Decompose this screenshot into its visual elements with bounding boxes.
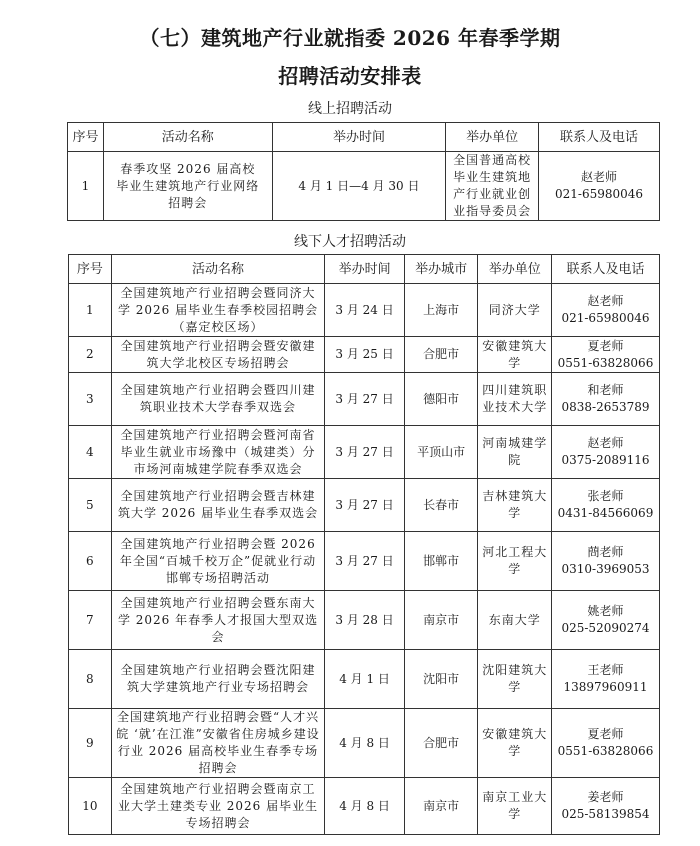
cell-contact: 赵老师0375-2089116 xyxy=(551,426,659,479)
offline-section-title: 线下人才招聘活动 xyxy=(0,231,700,251)
cell-organizer: 东南大学 xyxy=(478,591,552,650)
table-row: 1 全国建筑地产行业招聘会暨同济大学 2026 届毕业生春季校园招聘会（嘉定校区… xyxy=(69,284,660,337)
cell-organizer: 河南城建学院 xyxy=(478,426,552,479)
table-row: 9 全国建筑地产行业招聘会暨“人才兴皖 ‘就’在江淮”安徽省住房城乡建设行业 2… xyxy=(69,709,660,778)
cell-name: 全国建筑地产行业招聘会暨东南大学 2026 年春季人才报国大型双选会 xyxy=(111,591,325,650)
contact-person: 赵老师 xyxy=(555,293,656,310)
cell-time: 3 月 24 日 xyxy=(325,284,405,337)
cell-no: 10 xyxy=(69,778,112,835)
cell-time: 3 月 27 日 xyxy=(325,426,405,479)
cell-name: 全国建筑地产行业招聘会暨“人才兴皖 ‘就’在江淮”安徽省住房城乡建设行业 202… xyxy=(111,709,325,778)
table-row: 8 全国建筑地产行业招聘会暨沈阳建筑大学建筑地产行业专场招聘会 4 月 1 日 … xyxy=(69,650,660,709)
header-organizer: 举办单位 xyxy=(478,255,552,284)
document-title-line2: 招聘活动安排表 xyxy=(0,60,700,89)
cell-organizer: 河北工程大学 xyxy=(478,532,552,591)
contact-phone: 13897960911 xyxy=(555,679,656,696)
cell-name: 全国建筑地产行业招聘会暨南京工业大学土建类专业 2026 届毕业生专场招聘会 xyxy=(111,778,325,835)
cell-name: 全国建筑地产行业招聘会暨河南省毕业生就业市场豫中（城建类）分市场河南城建学院春季… xyxy=(111,426,325,479)
header-time: 举办时间 xyxy=(325,255,405,284)
table-row: 5 全国建筑地产行业招聘会暨吉林建筑大学 2026 届毕业生春季双选会 3 月 … xyxy=(69,479,660,532)
contact-person: 赵老师 xyxy=(542,169,656,186)
cell-no: 6 xyxy=(69,532,112,591)
cell-time: 3 月 28 日 xyxy=(325,591,405,650)
cell-no: 2 xyxy=(69,337,112,373)
cell-no: 4 xyxy=(69,426,112,479)
table-row: 7 全国建筑地产行业招聘会暨东南大学 2026 年春季人才报国大型双选会 3 月… xyxy=(69,591,660,650)
cell-time: 4 月 1 日 xyxy=(325,650,405,709)
table-row: 6 全国建筑地产行业招聘会暨 2026 年全国“百城千校万企”促就业行动邯郸专场… xyxy=(69,532,660,591)
contact-phone: 0431-84566069 xyxy=(555,505,656,522)
cell-organizer: 同济大学 xyxy=(478,284,552,337)
cell-contact: 张老师0431-84566069 xyxy=(551,479,659,532)
contact-person: 王老师 xyxy=(555,662,656,679)
cell-name: 全国建筑地产行业招聘会暨吉林建筑大学 2026 届毕业生春季双选会 xyxy=(111,479,325,532)
cell-contact: 夏老师0551-63828066 xyxy=(551,337,659,373)
header-contact: 联系人及电话 xyxy=(539,123,660,152)
cell-organizer: 沈阳建筑大学 xyxy=(478,650,552,709)
cell-contact: 赵老师 021-65980046 xyxy=(539,152,660,221)
contact-person: 蔄老师 xyxy=(555,544,656,561)
cell-city: 德阳市 xyxy=(404,373,478,426)
cell-no: 8 xyxy=(69,650,112,709)
table-row: 3 全国建筑地产行业招聘会暨四川建筑职业技术大学春季双选会 3 月 27 日 德… xyxy=(69,373,660,426)
header-name: 活动名称 xyxy=(103,123,272,152)
contact-person: 姚老师 xyxy=(555,603,656,620)
contact-phone: 0551-63828066 xyxy=(555,743,656,760)
table-row: 4 全国建筑地产行业招聘会暨河南省毕业生就业市场豫中（城建类）分市场河南城建学院… xyxy=(69,426,660,479)
cell-city: 南京市 xyxy=(404,591,478,650)
cell-time: 4 月 8 日 xyxy=(325,778,405,835)
cell-city: 长春市 xyxy=(404,479,478,532)
contact-person: 和老师 xyxy=(555,382,656,399)
contact-phone: 0375-2089116 xyxy=(555,452,656,469)
cell-contact: 蔄老师0310-3969053 xyxy=(551,532,659,591)
cell-no: 7 xyxy=(69,591,112,650)
cell-name: 全国建筑地产行业招聘会暨四川建筑职业技术大学春季双选会 xyxy=(111,373,325,426)
header-no: 序号 xyxy=(68,123,104,152)
cell-city: 上海市 xyxy=(404,284,478,337)
online-recruitment-table: 序号 活动名称 举办时间 举办单位 联系人及电话 1 春季攻坚 2026 届高校… xyxy=(67,122,660,221)
cell-city: 沈阳市 xyxy=(404,650,478,709)
cell-no: 1 xyxy=(68,152,104,221)
contact-person: 赵老师 xyxy=(555,435,656,452)
contact-phone: 021-65980046 xyxy=(542,186,656,203)
cell-city: 平顶山市 xyxy=(404,426,478,479)
header-name: 活动名称 xyxy=(111,255,325,284)
cell-name: 全国建筑地产行业招聘会暨沈阳建筑大学建筑地产行业专场招聘会 xyxy=(111,650,325,709)
offline-recruitment-table: 序号 活动名称 举办时间 举办城市 举办单位 联系人及电话 1 全国建筑地产行业… xyxy=(68,254,660,835)
cell-time: 3 月 27 日 xyxy=(325,532,405,591)
contact-person: 姜老师 xyxy=(555,789,656,806)
cell-no: 3 xyxy=(69,373,112,426)
contact-person: 夏老师 xyxy=(555,726,656,743)
cell-contact: 赵老师021-65980046 xyxy=(551,284,659,337)
cell-no: 1 xyxy=(69,284,112,337)
cell-time: 3 月 27 日 xyxy=(325,373,405,426)
contact-phone: 025-52090274 xyxy=(555,620,656,637)
header-no: 序号 xyxy=(69,255,112,284)
cell-contact: 王老师13897960911 xyxy=(551,650,659,709)
table-header-row: 序号 活动名称 举办时间 举办城市 举办单位 联系人及电话 xyxy=(69,255,660,284)
contact-phone: 0838-2653789 xyxy=(555,399,656,416)
header-time: 举办时间 xyxy=(272,123,446,152)
table-row: 10 全国建筑地产行业招聘会暨南京工业大学土建类专业 2026 届毕业生专场招聘… xyxy=(69,778,660,835)
header-contact: 联系人及电话 xyxy=(551,255,659,284)
online-section-title: 线上招聘活动 xyxy=(0,98,700,118)
cell-contact: 和老师0838-2653789 xyxy=(551,373,659,426)
cell-time: 3 月 27 日 xyxy=(325,479,405,532)
cell-name: 全国建筑地产行业招聘会暨 2026 年全国“百城千校万企”促就业行动邯郸专场招聘… xyxy=(111,532,325,591)
cell-time: 4 月 8 日 xyxy=(325,709,405,778)
cell-time: 4 月 1 日—4 月 30 日 xyxy=(272,152,446,221)
cell-contact: 姚老师025-52090274 xyxy=(551,591,659,650)
contact-phone: 021-65980046 xyxy=(555,310,656,327)
cell-city: 南京市 xyxy=(404,778,478,835)
cell-contact: 姜老师025-58139854 xyxy=(551,778,659,835)
cell-organizer: 吉林建筑大学 xyxy=(478,479,552,532)
table-row: 2 全国建筑地产行业招聘会暨安徽建筑大学北校区专场招聘会 3 月 25 日 合肥… xyxy=(69,337,660,373)
document-title-line1: （七）建筑地产行业就指委 2026 年春季学期 xyxy=(0,22,700,51)
cell-contact: 夏老师0551-63828066 xyxy=(551,709,659,778)
cell-city: 合肥市 xyxy=(404,337,478,373)
cell-city: 合肥市 xyxy=(404,709,478,778)
table-row: 1 春季攻坚 2026 届高校毕业生建筑地产行业网络招聘会 4 月 1 日—4 … xyxy=(68,152,660,221)
header-city: 举办城市 xyxy=(404,255,478,284)
table-header-row: 序号 活动名称 举办时间 举办单位 联系人及电话 xyxy=(68,123,660,152)
contact-person: 夏老师 xyxy=(555,338,656,355)
cell-organizer: 全国普通高校毕业生建筑地产行业就业创业指导委员会 xyxy=(446,152,539,221)
contact-person: 张老师 xyxy=(555,488,656,505)
cell-organizer: 安徽建筑大学 xyxy=(478,337,552,373)
cell-organizer: 南京工业大学 xyxy=(478,778,552,835)
header-organizer: 举办单位 xyxy=(446,123,539,152)
cell-organizer: 安徽建筑大学 xyxy=(478,709,552,778)
cell-no: 5 xyxy=(69,479,112,532)
cell-name: 全国建筑地产行业招聘会暨同济大学 2026 届毕业生春季校园招聘会（嘉定校区场） xyxy=(111,284,325,337)
cell-organizer: 四川建筑职业技术大学 xyxy=(478,373,552,426)
cell-time: 3 月 25 日 xyxy=(325,337,405,373)
contact-phone: 0551-63828066 xyxy=(555,355,656,372)
cell-name: 全国建筑地产行业招聘会暨安徽建筑大学北校区专场招聘会 xyxy=(111,337,325,373)
cell-no: 9 xyxy=(69,709,112,778)
cell-name: 春季攻坚 2026 届高校毕业生建筑地产行业网络招聘会 xyxy=(103,152,272,221)
contact-phone: 0310-3969053 xyxy=(555,561,656,578)
contact-phone: 025-58139854 xyxy=(555,806,656,823)
cell-city: 邯郸市 xyxy=(404,532,478,591)
